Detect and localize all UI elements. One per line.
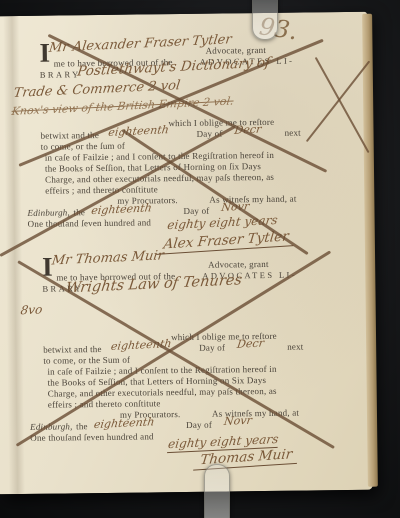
printed-day-of: Day of bbox=[199, 342, 225, 352]
restore-month-handwritten: Decr bbox=[236, 337, 265, 351]
manuscript-page: 93. I Mr Alexander Fraser Tytler Advocat… bbox=[0, 12, 373, 495]
sign-month-handwritten: Novr bbox=[223, 414, 253, 428]
printed-year-line: One thouſand ſeven hundred and bbox=[30, 431, 154, 443]
printed-sum-line: to come, or the Sum of bbox=[43, 355, 130, 366]
printed-year-line: One thouſand ſeven hundred and bbox=[28, 217, 152, 229]
printed-advocate-grant: Advocate, grant bbox=[208, 259, 269, 270]
borrower-name-handwritten: Mr Thomas Muir bbox=[51, 248, 165, 268]
sign-day-handwritten: eighteenth bbox=[90, 201, 152, 217]
restore-month-handwritten: Decr bbox=[234, 123, 263, 137]
printed-brary: BRARY bbox=[40, 69, 81, 79]
loan-entry-muir: I Mr Thomas Muir Advocate, grant me to h… bbox=[0, 244, 373, 467]
printed-day-of-2: Day of bbox=[183, 206, 209, 216]
printed-betwixt-label: betwixt and the bbox=[43, 344, 102, 355]
page-holder-clip-bottom bbox=[204, 464, 230, 518]
printed-edinburgh: Edinburgh, bbox=[27, 207, 70, 218]
printed-next: next bbox=[287, 342, 303, 352]
printed-the: the bbox=[76, 421, 88, 431]
photographed-register-page: 93. I Mr Alexander Fraser Tytler Advocat… bbox=[0, 0, 400, 518]
printed-effeirs-line: effeirs ; and thereto conſtitute bbox=[45, 184, 158, 195]
page-holder-clip-top bbox=[252, 0, 278, 40]
book-format-note-handwritten: 8vo bbox=[20, 302, 44, 317]
printed-effeirs-line: effeirs ; and thereto conſtitute bbox=[48, 398, 161, 409]
loan-entry-tytler: I Mr Alexander Fraser Tytler Advocate, g… bbox=[0, 30, 370, 253]
printed-advocate-grant: Advocate, grant bbox=[205, 45, 266, 56]
printed-charge-line: Charge, and other executorials needful, … bbox=[45, 172, 274, 185]
sign-day-handwritten: eighteenth bbox=[93, 415, 155, 431]
printed-day-of-2: Day of bbox=[186, 420, 212, 430]
printed-next: next bbox=[284, 128, 300, 138]
